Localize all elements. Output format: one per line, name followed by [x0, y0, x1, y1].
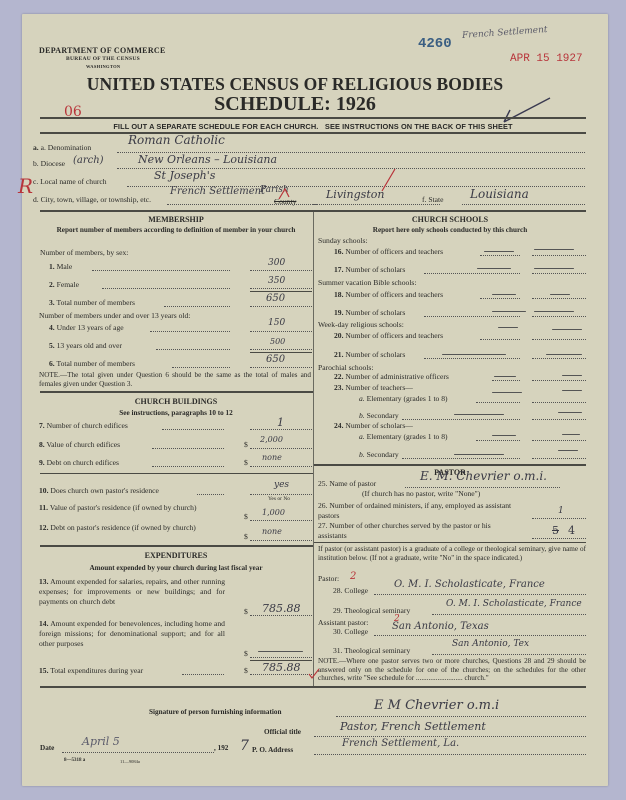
- red-checkmark-icon: [308, 668, 320, 680]
- male-field[interactable]: [250, 270, 312, 271]
- residence-value-value: 1,000: [262, 508, 285, 517]
- q16-field-1[interactable]: [480, 255, 520, 256]
- buildings-subtitle: See instructions, paragraphs 10 to 12: [40, 409, 312, 417]
- stamp-date: APR 15 1927: [510, 53, 583, 65]
- assistant-college-value: San Antonio, Texas: [392, 621, 489, 632]
- form-code: 8—5318 a: [64, 758, 85, 763]
- running-expenses-label: Amount expended for salaries, repairs, a…: [39, 577, 225, 606]
- over-13-value: 500: [270, 337, 285, 346]
- city-heading: WASHINGTON: [86, 64, 120, 69]
- denomination-label: a. Denomination: [41, 143, 92, 152]
- schedule-title: SCHEDULE: 1926: [85, 93, 505, 116]
- over-13-field[interactable]: [250, 349, 312, 350]
- denomination-value: Roman Catholic: [128, 133, 225, 147]
- pastor-name-label: 25. Name of pastor: [318, 479, 376, 488]
- parochial-schools-label: Parochial schools:: [318, 363, 373, 372]
- pastor-name-hint: (If church has no pastor, write "None"): [362, 489, 480, 498]
- total-members-label: Total number of members: [56, 298, 135, 307]
- signature-label: Signature of person furnishing informati…: [149, 708, 281, 716]
- q17-field-1[interactable]: [424, 273, 520, 274]
- q18-field-2[interactable]: [532, 298, 586, 299]
- date-field[interactable]: [62, 752, 214, 753]
- red-checkmarks-icon: [277, 169, 397, 204]
- divider: [40, 132, 586, 134]
- q21-label: Number of scholars: [345, 350, 405, 359]
- q21-field-1[interactable]: [424, 358, 520, 359]
- under-13-label: Under 13 years of age: [57, 323, 124, 332]
- pastor-sub-label: Pastor:: [318, 574, 339, 583]
- total-expenditures-field[interactable]: [250, 674, 312, 675]
- date-label: Date: [40, 744, 54, 752]
- running-expenses-field[interactable]: [250, 615, 312, 616]
- q17-label: Number of scholars: [345, 265, 405, 274]
- q18-label: Number of officers and teachers: [345, 290, 443, 299]
- residence-debt-field[interactable]: [250, 540, 312, 541]
- official-title-value: Pastor, French Settlement: [340, 720, 486, 733]
- pastor-note: NOTE.—Where one pastor serves two or mor…: [318, 657, 586, 683]
- other-churches-label: 27. Number of other churches served by t…: [318, 521, 518, 540]
- divider: [314, 542, 586, 543]
- form-code-2: 11—9084a: [120, 759, 140, 764]
- schools-heading: CHURCH SCHOOLS: [314, 215, 586, 224]
- state-field[interactable]: [462, 204, 585, 205]
- divider: [40, 545, 313, 547]
- q16-label: Number of officers and teachers: [345, 247, 443, 256]
- city-value: French Settlement: [170, 186, 265, 197]
- city-label: d. City, town, village, or township, etc…: [33, 195, 151, 204]
- seminary-value: O. M. I. Scholasticate, France: [446, 599, 582, 609]
- residence-debt-value: none: [262, 527, 282, 536]
- pastor-name-value: E. M. Chevrier o.m.i.: [420, 469, 547, 483]
- assistant-college-field[interactable]: [374, 635, 586, 636]
- census-form-sheet: DEPARTMENT OF COMMERCE BUREAU OF THE CEN…: [22, 14, 608, 786]
- college-label: 28. College: [333, 586, 368, 595]
- official-title-label: Official title: [264, 728, 301, 736]
- q23a-field-1[interactable]: [476, 402, 520, 403]
- benevolences-label: Amount expended for benevolences, includ…: [39, 619, 225, 648]
- q24a-field-1[interactable]: [476, 440, 520, 441]
- sunday-schools-label: Sunday schools:: [318, 236, 368, 245]
- instruction-banner: FILL OUT A SEPARATE SCHEDULE FOR EACH CH…: [40, 122, 586, 131]
- q24a-label: Elementary (grades 1 to 8): [367, 432, 448, 441]
- state-label: f. State: [422, 195, 444, 204]
- schools-subtitle: Report here only schools conducted by th…: [314, 226, 586, 234]
- assistant-ministers-label: 26. Number of ordained ministers, if any…: [318, 501, 518, 520]
- state-value: Louisiana: [470, 187, 529, 201]
- annotation-top: French Settlement: [462, 25, 548, 41]
- assistant-ministers-field[interactable]: [532, 518, 586, 519]
- benevolences-field[interactable]: [250, 657, 312, 658]
- column-divider: [313, 212, 314, 686]
- edifices-debt-value: none: [262, 453, 282, 462]
- po-address-value: French Settlement, La.: [342, 738, 459, 749]
- edifices-value-value: 2,000: [260, 435, 283, 444]
- q21-field-2[interactable]: [532, 358, 586, 359]
- q24a-field-2[interactable]: [532, 440, 586, 441]
- q19-label: Number of scholars: [345, 308, 405, 317]
- q23b-field-2[interactable]: [532, 419, 586, 420]
- q23b-field-1[interactable]: [402, 419, 520, 420]
- owns-residence-label: Does church own pastor's residence: [50, 486, 159, 495]
- q17-field-2[interactable]: [532, 273, 586, 274]
- expenditures-subtitle: Amount expended by your church during la…: [40, 564, 312, 572]
- q20-field-2[interactable]: [532, 339, 586, 340]
- edifices-value-label: Value of church edifices: [46, 440, 120, 449]
- edifices-debt-label: Debt on church edifices: [47, 458, 119, 467]
- under-13-value: 150: [268, 318, 285, 328]
- male-label: Male: [57, 262, 73, 271]
- year-value: 7: [240, 738, 249, 754]
- q19-field-2[interactable]: [532, 316, 586, 317]
- department-heading: DEPARTMENT OF COMMERCE: [39, 46, 166, 55]
- po-address-label: P. O. Address: [252, 746, 293, 754]
- year-prefix: , 192: [214, 744, 228, 752]
- church-name-value: St Joseph's: [154, 169, 215, 182]
- diocese-value: New Orleans – Louisiana: [138, 153, 277, 166]
- residence-value-label: Value of pastor's residence (if owned by…: [50, 503, 197, 512]
- edifices-debt-field[interactable]: [250, 466, 312, 467]
- q24b-label: Secondary: [367, 450, 399, 459]
- assistant-college-label: 30. College: [333, 627, 368, 636]
- q23a-field-2[interactable]: [532, 402, 586, 403]
- under-13-field[interactable]: [250, 331, 312, 332]
- bureau-heading: BUREAU OF THE CENSUS: [66, 56, 140, 62]
- q16-field-2[interactable]: [532, 255, 586, 256]
- q23-label: Number of teachers—: [345, 383, 412, 392]
- other-churches-field[interactable]: [532, 538, 586, 539]
- yes-no-hint: Yes or No: [268, 496, 290, 502]
- male-value: 300: [268, 258, 285, 268]
- graduate-note: If pastor (or assistant pastor) is a gra…: [318, 545, 586, 562]
- membership-heading: MEMBERSHIP: [40, 215, 312, 224]
- q22-field-1[interactable]: [492, 380, 520, 381]
- q18-field-1[interactable]: [480, 298, 520, 299]
- total-members-age-field[interactable]: [250, 367, 312, 368]
- college-value: O. M. I. Scholasticate, France: [394, 579, 545, 590]
- diocese-label: b. Diocese: [33, 159, 65, 168]
- q24b-field-1[interactable]: [402, 458, 520, 459]
- assistant-seminary-field[interactable]: [432, 654, 586, 655]
- q23b-label: Secondary: [367, 411, 399, 420]
- divider: [40, 391, 313, 393]
- total-expenditures-value: 785.88: [262, 661, 301, 674]
- stamp-number: 4260: [418, 36, 452, 52]
- form-title: UNITED STATES CENSUS OF RELIGIOUS BODIES: [85, 74, 505, 95]
- divider: [40, 117, 586, 119]
- assistant-pastor-label: Assistant pastor:: [318, 618, 368, 627]
- church-name-label: c. Local name of church: [33, 177, 107, 186]
- seminary-field[interactable]: [432, 614, 586, 615]
- weekday-schools-label: Week-day religious schools:: [318, 320, 404, 329]
- q22-label: Number of administrative officers: [345, 372, 448, 381]
- residence-value-field[interactable]: [250, 520, 312, 521]
- edifices-value-field[interactable]: [250, 448, 312, 449]
- residence-debt-label: Debt on pastor's residence (if owned by …: [50, 523, 195, 532]
- other-churches-value: 4: [568, 524, 575, 537]
- total-members-age-value: 650: [266, 354, 285, 365]
- edifices-count-label: Number of church edifices: [47, 421, 128, 430]
- red-mark-r: R: [18, 174, 33, 198]
- assistant-seminary-value: San Antonio, Tex: [452, 639, 529, 649]
- by-age-label: Number of members under and over 13 year…: [39, 311, 190, 320]
- female-label: Female: [57, 280, 79, 289]
- diocese-prefix: (arch): [73, 155, 104, 166]
- buildings-heading: CHURCH BUILDINGS: [40, 397, 312, 406]
- po-address-field[interactable]: [314, 754, 586, 755]
- total-members-value: 650: [266, 293, 285, 304]
- edifices-count-field[interactable]: [250, 429, 312, 430]
- divider: [314, 464, 586, 466]
- q24b-field-2[interactable]: [532, 458, 586, 459]
- total-expenditures-label: Total expenditures during year: [50, 666, 143, 675]
- q23a-label: Elementary (grades 1 to 8): [367, 394, 448, 403]
- q24-label: Number of scholars—: [345, 421, 412, 430]
- q20-field-1[interactable]: [480, 339, 520, 340]
- summer-schools-label: Summer vacation Bible schools:: [318, 278, 417, 287]
- membership-note: NOTE.—The total given under Question 6 s…: [39, 371, 311, 388]
- owns-residence-value: yes: [274, 480, 289, 490]
- expenditures-heading: EXPENDITURES: [40, 551, 312, 560]
- official-title-field[interactable]: [314, 736, 586, 737]
- q19-field-1[interactable]: [424, 316, 520, 317]
- edifices-count-value: 1: [277, 416, 284, 429]
- q22-field-2[interactable]: [532, 380, 586, 381]
- owns-residence-field[interactable]: [250, 494, 312, 495]
- q20-label: Number of officers and teachers: [345, 331, 443, 340]
- assistant-ministers-value: 1: [558, 506, 564, 516]
- date-value: April 5: [82, 735, 120, 748]
- signature-value: E M Chevrier o.m.i: [374, 698, 499, 713]
- divider: [40, 473, 313, 474]
- signature-field[interactable]: [336, 716, 586, 717]
- county-field[interactable]: [312, 204, 440, 205]
- membership-subtitle: Report number of members according to de…: [50, 226, 302, 235]
- running-expenses-value: 785.88: [262, 602, 301, 615]
- female-value: 350: [268, 276, 285, 286]
- total-members-field[interactable]: [250, 306, 312, 307]
- female-field[interactable]: [250, 288, 312, 289]
- pastor-mark: 2: [350, 571, 356, 582]
- total-members-age-label: Total number of members: [56, 359, 135, 368]
- by-sex-label: Number of members, by sex:: [40, 248, 128, 257]
- divider: [40, 686, 586, 688]
- pastor-name-field[interactable]: [405, 487, 560, 488]
- college-field[interactable]: [374, 594, 586, 595]
- other-churches-struck-value: 5: [552, 524, 559, 537]
- assistant-seminary-label: 31. Theological seminary: [333, 646, 410, 655]
- over-13-label: 13 years old and over: [57, 341, 122, 350]
